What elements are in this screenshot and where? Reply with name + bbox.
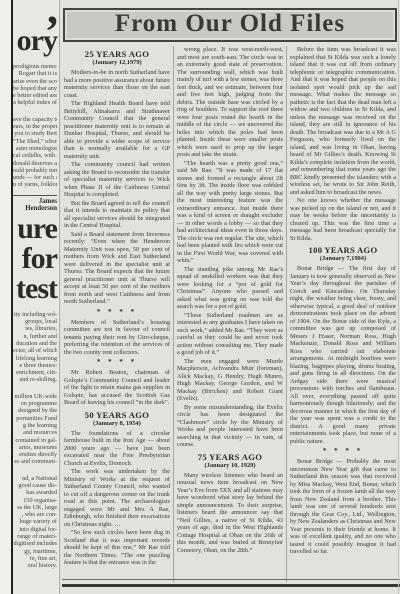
section-heading: 75 YEARS AGO [177,452,283,462]
fragment-line: es and communi- [13,458,57,465]
news-paragraph: By some misunderstanding, the Evelix cir… [177,404,283,449]
fragment-line: enrichment, citi- [13,369,57,376]
section-date: (January 10, 1929) [177,462,283,470]
article-columns: 25 YEARS AGO(January 12,1979)Mothers-to-… [60,46,400,582]
headline-fragment: ure [13,215,57,242]
section-title: From Our Old Files [115,10,345,37]
fragment-line: contained in gal- [13,437,57,444]
news-paragraph: Before the item was broadcast it was exp… [290,46,396,196]
section-heading: 50 YEARS AGO [64,410,170,420]
from-our-old-files-article: From Our Old Files 25 YEARS AGO(January … [60,0,400,594]
news-paragraph: Members of Sutherland’s housing committe… [64,319,170,357]
fragment-line: e better edited and [13,92,57,99]
news-column-3: Before the item was broadcast it was exp… [286,46,399,582]
stars-separator: * * * * [290,447,396,456]
news-paragraph: No one knows whether the message was pic… [290,197,396,242]
news-paragraph: The standing joke among Mr Rae’s squad o… [177,266,283,311]
news-paragraph: Many wireless listeners who heard an unu… [177,472,283,555]
stars-separator: * * * * [64,358,170,367]
fragment-line: be hoped that any [13,85,57,92]
news-paragraph: Mr Robert Beaton, chairman of Golspie’s … [64,369,170,407]
fragment-line: ave the capacity to [13,116,57,123]
column-text-fragment: ity including vol-groups, localies, libr… [13,311,57,384]
fragment-line: range of materi- [13,533,57,540]
section-heading: 25 YEARS AGO [64,49,170,59]
news-paragraph: The men engaged were Murdo Macpherson, A… [177,358,283,403]
fragment-line: a helpful index of [13,99,57,106]
fragment-line: oral history. [13,562,57,569]
news-paragraph: “These Sutherland roadmen are as interes… [177,312,283,357]
fragment-line: unds — for such a [13,174,57,181]
news-paragraph: Bonar Bridge — Probably the most uncommo… [290,458,396,556]
fragment-line: ould probably turn [13,167,57,174]
fragment-line: and re-skilling. [13,376,57,383]
fragment-line: on programme [13,400,57,407]
fragment-line: nd, a National [13,475,57,482]
fragment-line: lifelong learning [13,355,57,362]
bottom-rule-thick [62,584,400,587]
news-paragraph: Bonar Bridge — The first day of January … [290,265,396,445]
paper-right-edge [398,0,399,594]
headline-fragment: for [13,245,57,272]
section-masthead: From Our Old Files [63,8,397,42]
fragment-line: and resources [13,429,57,436]
column-text-fragment: ave the capacity toears, in the properyo… [13,116,57,189]
byline: James Henderson [13,195,57,212]
fragment-line: , who are con- [13,511,57,518]
fragment-line: million UK-wide [13,393,57,400]
fragment-line: gy, maritime, [13,548,57,555]
bottom-rule-thin [62,579,400,580]
fragment-line: arise even the scope [13,78,57,85]
fragment-line: you to study Bert [13,130,57,137]
fragment-line: n of yarns, folklore [13,181,57,188]
fragment-line: ersities directly [13,451,57,458]
news-paragraph: Mothers-to-be in north Sutherland have h… [64,69,170,99]
fragment-line: into digital for- [13,526,57,533]
fragment-line: portunities Fund [13,415,57,422]
column-text-fragment: nd, a Nationalgood cause dis-has awarded… [13,475,57,570]
scan-margin [0,0,11,594]
column-text-fragment: million UK-wideon programmedesigned by t… [13,393,57,466]
newspaper-clipping-page: ,oryprodigious memo-Rogart that it isari… [0,0,400,594]
adjacent-column-fragment: ,oryprodigious memo-Rogart that it isari… [13,0,59,594]
fragment-line: groups, local [13,318,57,325]
news-paragraph: The Highland Health Board have told Bett… [64,100,170,160]
fragment-line: ducation and the [13,340,57,347]
fragment-line: aries, museums [13,444,57,451]
news-paragraph: But the Board agreed to tell the council… [64,200,170,230]
fragment-line: ss the UK, large [13,504,57,511]
fragment-line: e three themes: [13,362,57,369]
news-paragraph: Said a Board statement from Inverness re… [64,231,170,306]
news-paragraph: wrong place. It was west-north-west, and… [177,46,283,159]
fragment-line: Rogart that it is [13,70,57,77]
fragment-line: 150 organisa- [13,497,57,504]
section-date: (January 8, 1954) [64,420,170,428]
fragment-line: designed by the [13,407,57,414]
news-paragraph: “So few such circles have been dug in Sc… [64,529,170,567]
fragment-line: ector, all of which [13,347,57,354]
news-paragraph: “The hearth was a pretty good one,” said… [177,160,283,265]
section-date: (January 12,1979) [64,59,170,67]
fragment-line: has awarded [13,489,57,496]
news-column-2: wrong place. It was west-north-west, and… [173,46,286,582]
fragment-line: ears, in the proper [13,123,57,130]
section-heading: 100 YEARS AGO [290,245,396,255]
column-text-fragment: prodigious memo-Rogart that it isarise e… [13,63,57,107]
fragment-line: good cause dis- [13,482,57,489]
section-date: (January 7,1904) [290,255,396,263]
fragment-line: donald deserves a [13,160,57,167]
news-paragraph: The community council had written asking… [64,161,170,199]
fragment-line: g the learning [13,422,57,429]
fragment-line: “The Shed,” often [13,138,57,145]
news-column-1: 25 YEARS AGO(January 12,1979)Mothers-to-… [61,46,173,582]
fragment-line: n, further and [13,333,57,340]
fragment-line: aster monologist [13,145,57,152]
stars-separator: * * * * [64,308,170,317]
news-paragraph: The work was undertaken by the Ministry … [64,468,170,528]
headline-fragment: ory [13,27,57,54]
fragment-line: huge variety of [13,518,57,525]
news-paragraph: The foundations of a circular farmhouse … [64,430,170,468]
fragment-line: digitised includes [13,540,57,547]
headline-fragment: test [13,275,57,302]
fragment-line: cal ceilidhs, with a [13,152,57,159]
fragment-line: re, fine art, [13,555,57,562]
fragment-line: ity including vol- [13,311,57,318]
headline-fragment: , [13,0,57,24]
fragment-line: ies, libraries, [13,325,57,332]
fragment-line: prodigious memo- [13,63,57,70]
